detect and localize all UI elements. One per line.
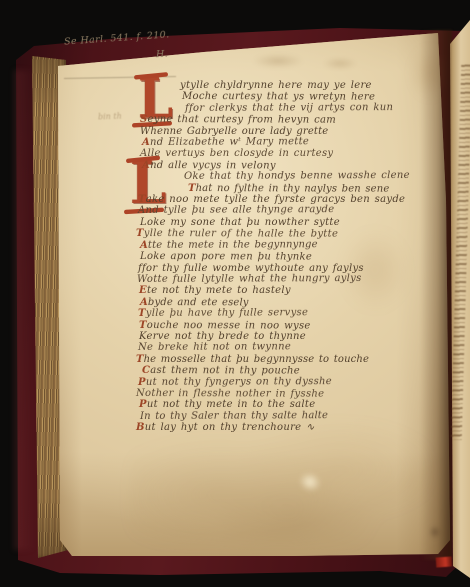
marginal-note: bin th bbox=[98, 112, 122, 122]
manuscript-line: But lay hyt on thy trenchoure ∿ bbox=[136, 422, 436, 433]
manuscript-line: In to thy Saler than thy salte halte bbox=[140, 409, 436, 422]
manuscript-line: And Elizabethe wᵗ Mary mette bbox=[142, 136, 436, 149]
manuscript-line: Wotte fulle lytylle what the hungry ayly… bbox=[137, 273, 436, 286]
manuscript-line: The mosselle that þu begynnysse to touch… bbox=[136, 354, 436, 365]
manuscript-line: Oke that thy hondys benne wasshe clene bbox=[184, 170, 436, 183]
manuscript-line: And tylle þu see alle thynge arayde bbox=[138, 204, 436, 217]
manuscript-line: Tylle þu have thy fulle servyse bbox=[138, 307, 436, 320]
manuscript-line: Ne breke hit not on twynne bbox=[138, 341, 436, 354]
manuscript-text: ytylle chyldrynne here may ye lereMoche … bbox=[136, 80, 436, 434]
manuscript-line: ffor clerkys that the vij artys con kun bbox=[185, 102, 436, 115]
cover-edge-speck bbox=[436, 556, 453, 567]
pencil-letter-note: H. bbox=[156, 49, 168, 60]
manuscript-line: Ete not thy mete to hastely bbox=[139, 285, 436, 296]
manuscript-line: ytylle chyldrynne here may ye lere bbox=[180, 80, 436, 91]
manuscript-line: Loke my sone that þu nowther sytte bbox=[140, 217, 436, 228]
manuscript-line: Alle vertuys ben closyde in curtesy bbox=[140, 148, 436, 159]
manuscript-line: Atte the mete in the begynnynge bbox=[140, 238, 436, 251]
manuscript-line: Put not thy fyngerys on thy dysshe bbox=[138, 375, 436, 388]
gutter-shadow bbox=[420, 30, 452, 560]
photo-background: Se Harl. 541. f. 210. H. bin th L L ytyl… bbox=[0, 0, 470, 587]
